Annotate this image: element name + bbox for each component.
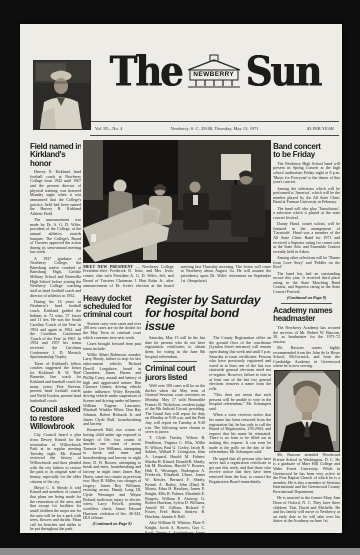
band-concert-paragraph: The band has had an outstanding record t… <box>273 272 340 295</box>
band-concert-headline: Band concert to be Friday <box>273 143 340 160</box>
academy-headline: Academy names headmaster <box>273 307 340 324</box>
dateline-location-date: Newberry, S. C. 29108, Thursday, May 13,… <box>171 126 259 131</box>
center-stories: Heavy docket scheduled for criminal cour… <box>83 292 271 533</box>
heavy-docket-column: Heavy docket scheduled for criminal cour… <box>83 292 141 533</box>
band-concert-paragraph: Among the selections which will be perfo… <box>273 187 340 206</box>
jurors-paragraph: Also William H. Whitten, Elzie F. Knight… <box>145 521 205 533</box>
register-paragraph: "This does not mean that such persons wi… <box>209 393 271 412</box>
band-concert-continued-note: (Continued on Page 8) <box>273 296 340 301</box>
jurors-paragraph: Well over 100 cases will be on the docke… <box>145 384 205 435</box>
heavy-docket-paragraph: Willie Albert Robinson, murder; Larry Sh… <box>83 353 141 427</box>
heavy-docket-paragraph: Roosevelt Hall, two counts of having chi… <box>83 428 141 521</box>
register-paragraph: When a voter receives notice that his na… <box>209 413 271 455</box>
field-honor-paragraph: Harvey N. Kirkland, head football coach … <box>30 170 81 216</box>
band-concert-paragraph: Among other selections will be 'Theme fr… <box>273 256 340 270</box>
kirkland-photo <box>34 61 90 129</box>
meet-president-caption: MEET NEW PRESIDENT — Newberry College Pr… <box>83 265 271 289</box>
column-center: MEET NEW PRESIDENT — Newberry College Pr… <box>83 140 271 533</box>
newberry-building-icon: NEWBERRY <box>184 52 244 90</box>
scan-edge-strip <box>0 548 360 555</box>
field-honor-paragraph: The announcement was made by Dr. A. G. D… <box>30 218 81 255</box>
logo-the: The <box>110 51 182 92</box>
jurors-paragraph: T. Clyde Tinsley, Wilson B. Pendleton, V… <box>145 436 205 519</box>
jurors-headline: Criminal court jurors listed <box>145 365 205 382</box>
council-headline: Council asked to restore Willowbrook <box>30 406 81 431</box>
dateline-price: $3 PER YEAR <box>307 126 334 131</box>
field-honor-paragraph: During his 16 years as Newberry's head f… <box>30 300 81 360</box>
council-paragraph: Mayor C. A. Shealy Jr. told Kinard and m… <box>30 486 81 532</box>
masthead: The NEWBERRY Sun <box>20 48 342 121</box>
register-columns: Saturday, May 15 will be the last date f… <box>145 336 271 533</box>
register-left-column: Saturday, May 15 will be the last date f… <box>145 336 205 533</box>
register-paragraph: The County Registration office on the gr… <box>209 336 271 392</box>
register-headline: Register by Saturday for hospital bond i… <box>145 294 271 333</box>
register-paragraph: He urged that all persons who have never… <box>209 457 271 485</box>
section-divider <box>153 361 197 362</box>
section-divider <box>281 303 332 304</box>
register-paragraph: Saturday, May 15 will be the last date f… <box>145 336 205 359</box>
academy-paragraph: The Newberry Academy has secured the ser… <box>273 326 340 345</box>
band-concert-paragraph: The Newberry High School band will prese… <box>273 162 340 185</box>
academy-paragraph: Mr. Bascom comes highly recommended from… <box>273 346 340 369</box>
heavy-docket-continued-note: (Continued on Page 8) <box>83 522 141 527</box>
register-right-column: The County Registration office on the gr… <box>209 336 271 533</box>
logo-sun: Sun <box>246 51 321 92</box>
field-honor-paragraph: Three of Kirkland's fellow coaches sugge… <box>30 362 81 404</box>
newspaper-logo: The NEWBERRY Sun <box>88 48 342 94</box>
council-paragraph: City Council heard a plea from Dewey Kin… <box>30 433 81 484</box>
field-honor-paragraph: A 1937 graduate of Newberry College, the… <box>30 257 81 299</box>
dateline-volume: Vol. 85—No. 4 <box>95 126 122 131</box>
meet-president-photo <box>83 140 271 262</box>
column-left: Field named in Kirkland's honor Harvey N… <box>30 140 81 533</box>
band-concert-paragraph: Danny Hand, cornet soloist, will be feat… <box>273 222 340 254</box>
scanned-newspaper-screen: The NEWBERRY Sun <box>0 0 360 555</box>
register-story-block: Register by Saturday for hospital bond i… <box>145 292 271 533</box>
heavy-docket-headline: Heavy docket scheduled for criminal cour… <box>83 295 141 320</box>
newspaper-front-page: The NEWBERRY Sun <box>20 24 342 533</box>
academy-paragraph: Mr. Bascom attended Woodward Private Sch… <box>273 453 340 495</box>
academy-paragraph: He is married to the former Mary Ann Dea… <box>273 496 340 524</box>
column-grid: Field named in Kirkland's honor Harvey N… <box>30 140 340 533</box>
heavy-docket-paragraph: Sixteen carry-over cases and over 100 ne… <box>83 322 141 341</box>
column-right: Band concert to be Friday The Newberry H… <box>273 140 340 533</box>
field-honor-headline: Field named in Kirkland's honor <box>30 143 81 168</box>
newberry-building-label: NEWBERRY <box>184 71 244 78</box>
band-concert-paragraph: The band will also play 'Tumultuoso', a … <box>273 207 340 221</box>
bascom-headshot-photo <box>275 371 339 451</box>
heavy-docket-paragraph: Cases brought forward from past terms in… <box>83 342 141 351</box>
dateline: Vol. 85—No. 4 Newberry, S. C. 29108, Thu… <box>90 121 339 136</box>
